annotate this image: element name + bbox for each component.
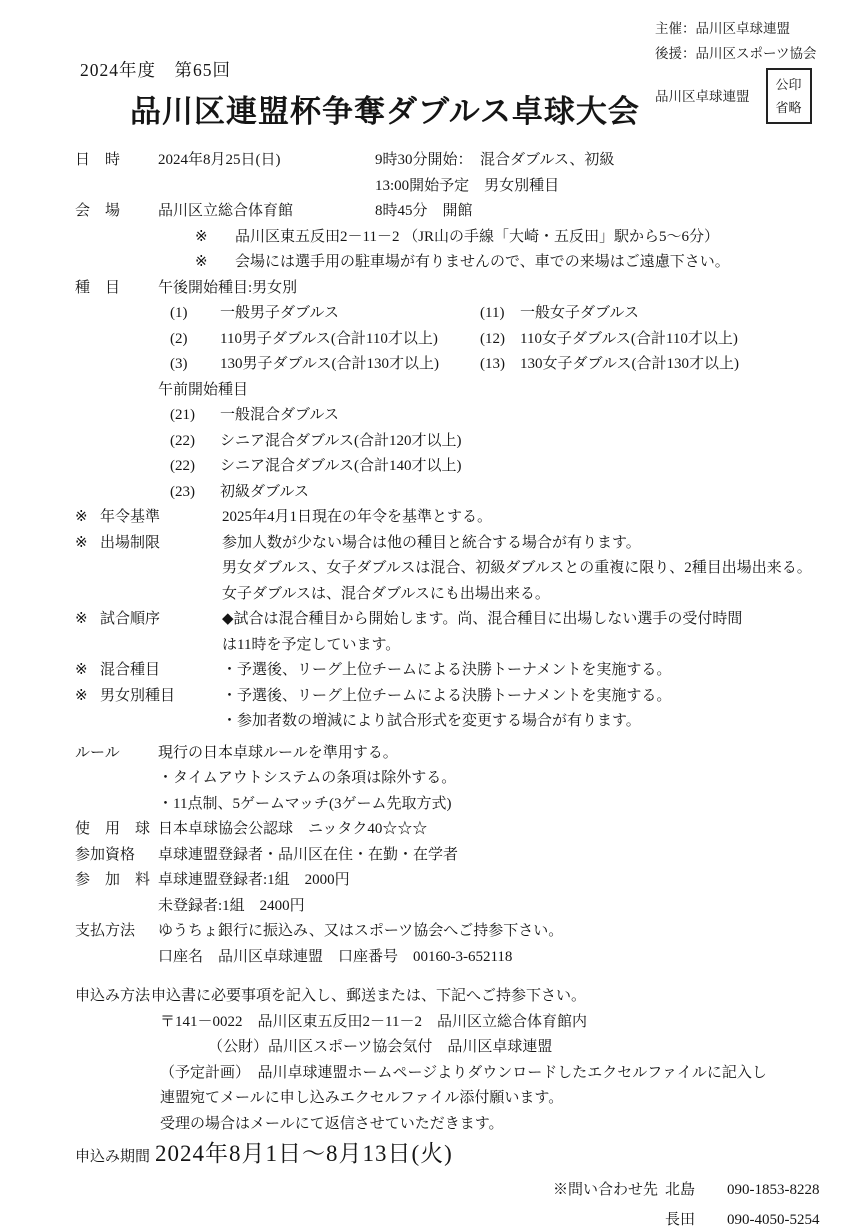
venue-note-1: ※ 品川区東五反田2－11－2 （JR山の手線「大崎・五反田」駅から5～6分）: [195, 225, 820, 251]
event-row: (21) 一般混合ダブルス: [75, 403, 820, 429]
note-row-age-basis: ※ 年令基準 2025年4月1日現在の年令を基準とする。: [75, 505, 820, 531]
note-label: 混合種目: [100, 658, 222, 684]
stamp-line-2: 省略: [768, 96, 810, 119]
event-name: 130女子ダブルス(合計130才以上): [520, 352, 739, 378]
stamp-box: 公印 省略: [766, 68, 812, 124]
eligibility-row: 参加資格 卓球連盟登録者・品川区在住・在勤・在学者: [75, 843, 820, 869]
note-text: ・予選後、リーグ上位チームによる決勝トーナメントを実施する。: [222, 658, 671, 684]
events-row: 種 目 午後開始種目:男女別: [75, 276, 820, 302]
note-mark-icon: ※: [75, 531, 100, 557]
rules-text: ・11点制、5ゲームマッチ(3ゲーム先取方式): [158, 792, 820, 818]
event-no: (13): [480, 352, 520, 378]
datetime-label: 日 時: [75, 148, 158, 174]
event-name: シニア混合ダブルス(合計140才以上): [220, 454, 461, 480]
note-row-entry-limit: ※ 出場制限 参加人数が少ない場合は他の種目と統合する場合が有ります。: [75, 531, 820, 557]
venue-name: 品川区立総合体育館: [158, 199, 375, 225]
event-row: (23) 初級ダブルス: [75, 480, 820, 506]
contact-row: ※問い合わせ先 北島 090-1853-8228: [553, 1175, 820, 1205]
doc-title: 品川区連盟杯争奪ダブルス卓球大会: [130, 86, 640, 131]
application-label: 申込み方法: [75, 984, 151, 1010]
event-no: (2): [170, 327, 220, 353]
doc-year-line: 2024年度 第65回: [80, 57, 231, 82]
event-no: (11): [480, 301, 520, 327]
morning-header: 午前開始種目: [158, 378, 820, 404]
event-name: 130男子ダブルス(合計130才以上): [220, 352, 480, 378]
header-right-block: 主催：品川区卓球連盟 後援：品川区スポーツ協会 品川区卓球連盟 公印 省略: [655, 16, 816, 124]
date-value: 2024年8月25日(日): [158, 148, 375, 174]
venue-note-1-text: 品川区東五反田2－11－2 （JR山の手線「大崎・五反田」駅から5～6分）: [235, 225, 719, 251]
event-no: (23): [170, 480, 220, 506]
note-text: は11時を予定しています。: [222, 633, 820, 659]
payment-row: 支払方法 ゆうちょ銀行に振込み、又はスポーツ協会へご持参下さい。: [75, 919, 820, 945]
note-text: ・参加者数の増減により試合形式を変更する場合が有ります。: [222, 709, 820, 735]
note-label: 年令基準: [100, 505, 222, 531]
event-name: 一般女子ダブルス: [520, 301, 639, 327]
application-address-2: （公財）品川区スポーツ協会気付 品川区卓球連盟: [208, 1035, 820, 1061]
note-text: 女子ダブルスは、混合ダブルスにも出場出来る。: [222, 582, 820, 608]
application-plan-3: 受理の場合はメールにて返信させていただきます。: [160, 1112, 820, 1138]
contact-name: 長田: [665, 1205, 727, 1228]
ball-label: 使 用 球: [75, 817, 158, 843]
payment-label: 支払方法: [75, 919, 158, 945]
contact-block: ※問い合わせ先 北島 090-1853-8228 長田 090-4050-525…: [553, 1175, 820, 1228]
organizer-line: 主催：品川区卓球連盟: [655, 16, 816, 41]
note-text: 参加人数が少ない場合は他の種目と統合する場合が有ります。: [222, 531, 641, 557]
event-row: (22) シニア混合ダブルス(合計140才以上): [75, 454, 820, 480]
event-no: (1): [170, 301, 220, 327]
event-no: (21): [170, 403, 220, 429]
federation-row: 品川区卓球連盟 公印 省略: [655, 68, 816, 124]
event-no: (12): [480, 327, 520, 353]
venue-row: 会 場 品川区立総合体育館 8時45分 開館: [75, 199, 820, 225]
event-name: 一般混合ダブルス: [220, 403, 339, 429]
period-value: 2024年8月1日～8月13日(火): [155, 1141, 453, 1167]
document-body: 日 時 2024年8月25日(日) 9時30分開始： 混合ダブルス、初級 13:…: [75, 148, 820, 1228]
contact-phone: 090-1853-8228: [727, 1175, 820, 1205]
note-text: ・予選後、リーグ上位チームによる決勝トーナメントを実施する。: [222, 684, 671, 710]
note-label: 出場制限: [100, 531, 222, 557]
event-no: (3): [170, 352, 220, 378]
contact-phone: 090-4050-5254: [727, 1205, 820, 1228]
rules-label: ルール: [75, 741, 158, 767]
support-line: 後援：品川区スポーツ協会: [655, 41, 816, 66]
venue-note-2-text: 会場には選手用の駐車場が有りませんので、車での来場はご遠慮下さい。: [235, 250, 730, 276]
contact-row: 長田 090-4050-5254: [553, 1205, 820, 1228]
event-name: 110女子ダブルス(合計110才以上): [520, 327, 738, 353]
fee-label: 参 加 料: [75, 868, 158, 894]
events-label: 種 目: [75, 276, 158, 302]
application-row: 申込み方法 申込書に必要事項を記入し、郵送または、下記へご持参下さい。: [75, 984, 820, 1010]
ball-value: 日本卓球協会公認球 ニッタク40☆☆☆: [158, 817, 427, 843]
fee-unregistered: 未登録者:1組 2400円: [158, 894, 820, 920]
application-address-1: 〒141－0022 品川区東五反田2－11－2 品川区立総合体育館内: [160, 1010, 820, 1036]
open-time: 8時45分 開館: [375, 199, 473, 225]
note-label: 男女別種目: [100, 684, 222, 710]
note-mark-icon: ※: [75, 505, 100, 531]
rules-text: ・タイムアウトシステムの条項は除外する。: [158, 766, 820, 792]
note-label: 試合順序: [100, 607, 222, 633]
venue-label: 会 場: [75, 199, 158, 225]
event-no: (22): [170, 454, 220, 480]
note-mark-icon: ※: [75, 684, 100, 710]
datetime-row-2: 13:00開始予定 男女別種目: [75, 174, 820, 200]
contact-name: 北島: [665, 1175, 727, 1205]
application-intro: 申込書に必要事項を記入し、郵送または、下記へご持参下さい。: [151, 984, 586, 1010]
stamp-line-1: 公印: [768, 73, 810, 96]
note-text: 2025年4月1日現在の年令を基準とする。: [222, 505, 492, 531]
event-name: シニア混合ダブルス(合計120才以上): [220, 429, 461, 455]
document-page: 主催：品川区卓球連盟 後援：品川区スポーツ協会 品川区卓球連盟 公印 省略 20…: [0, 0, 868, 1228]
note-mark-icon: ※: [75, 607, 100, 633]
datetime-row: 日 時 2024年8月25日(日) 9時30分開始： 混合ダブルス、初級: [75, 148, 820, 174]
application-plan-1: （予定計画） 品川卓球連盟ホームページよりダウンロードしたエクセルファイルに記入…: [160, 1061, 820, 1087]
payment-method: ゆうちょ銀行に振込み、又はスポーツ協会へご持参下さい。: [158, 919, 563, 945]
note-mark-icon: ※: [195, 250, 235, 276]
event-row: (3) 130男子ダブルス(合計130才以上) (13) 130女子ダブルス(合…: [75, 352, 820, 378]
rules-text: 現行の日本卓球ルールを準用する。: [158, 741, 398, 767]
ball-row: 使 用 球 日本卓球協会公認球 ニッタク40☆☆☆: [75, 817, 820, 843]
afternoon-header: 午後開始種目:男女別: [158, 276, 297, 302]
application-plan-2: 連盟宛てメールに申し込みエクセルファイル添付願います。: [160, 1086, 820, 1112]
event-no: (22): [170, 429, 220, 455]
eligibility-label: 参加資格: [75, 843, 158, 869]
rules-row: ルール 現行の日本卓球ルールを準用する。: [75, 741, 820, 767]
fee-row: 参 加 料 卓球連盟登録者:1組 2000円: [75, 868, 820, 894]
note-row-gender-events: ※ 男女別種目 ・予選後、リーグ上位チームによる決勝トーナメントを実施する。: [75, 684, 820, 710]
contact-heading: ※問い合わせ先: [553, 1175, 665, 1205]
event-name: 一般男子ダブルス: [220, 301, 480, 327]
note-mark-icon: ※: [75, 658, 100, 684]
start-time-1: 9時30分開始： 混合ダブルス、初級: [375, 148, 614, 174]
event-row: (1) 一般男子ダブルス (11) 一般女子ダブルス: [75, 301, 820, 327]
period-label: 申込み期間: [75, 1145, 155, 1171]
event-row: (22) シニア混合ダブルス(合計120才以上): [75, 429, 820, 455]
event-name: 初級ダブルス: [220, 480, 309, 506]
note-mark-icon: ※: [195, 225, 235, 251]
note-text: ◆試合は混合種目から開始します。尚、混合種目に出場しない選手の受付時間: [222, 607, 742, 633]
note-row-mixed-events: ※ 混合種目 ・予選後、リーグ上位チームによる決勝トーナメントを実施する。: [75, 658, 820, 684]
event-name: 110男子ダブルス(合計110才以上): [220, 327, 480, 353]
eligibility-value: 卓球連盟登録者・品川区在住・在勤・在学者: [158, 843, 458, 869]
federation-name: 品川区卓球連盟: [655, 84, 750, 109]
venue-note-2: ※ 会場には選手用の駐車場が有りませんので、車での来場はご遠慮下さい。: [195, 250, 820, 276]
fee-registered: 卓球連盟登録者:1組 2000円: [158, 868, 350, 894]
note-row-match-order: ※ 試合順序 ◆試合は混合種目から開始します。尚、混合種目に出場しない選手の受付…: [75, 607, 820, 633]
note-text: 男女ダブルス、女子ダブルスは混合、初級ダブルスとの重複に限り、2種目出場出来る。: [222, 556, 820, 582]
event-row: (2) 110男子ダブルス(合計110才以上) (12) 110女子ダブルス(合…: [75, 327, 820, 353]
start-time-2: 13:00開始予定 男女別種目: [375, 174, 559, 200]
period-row: 申込み期間 2024年8月1日～8月13日(火): [75, 1141, 820, 1171]
payment-account: 口座名 品川区卓球連盟 口座番号 00160-3-652118: [158, 945, 820, 971]
